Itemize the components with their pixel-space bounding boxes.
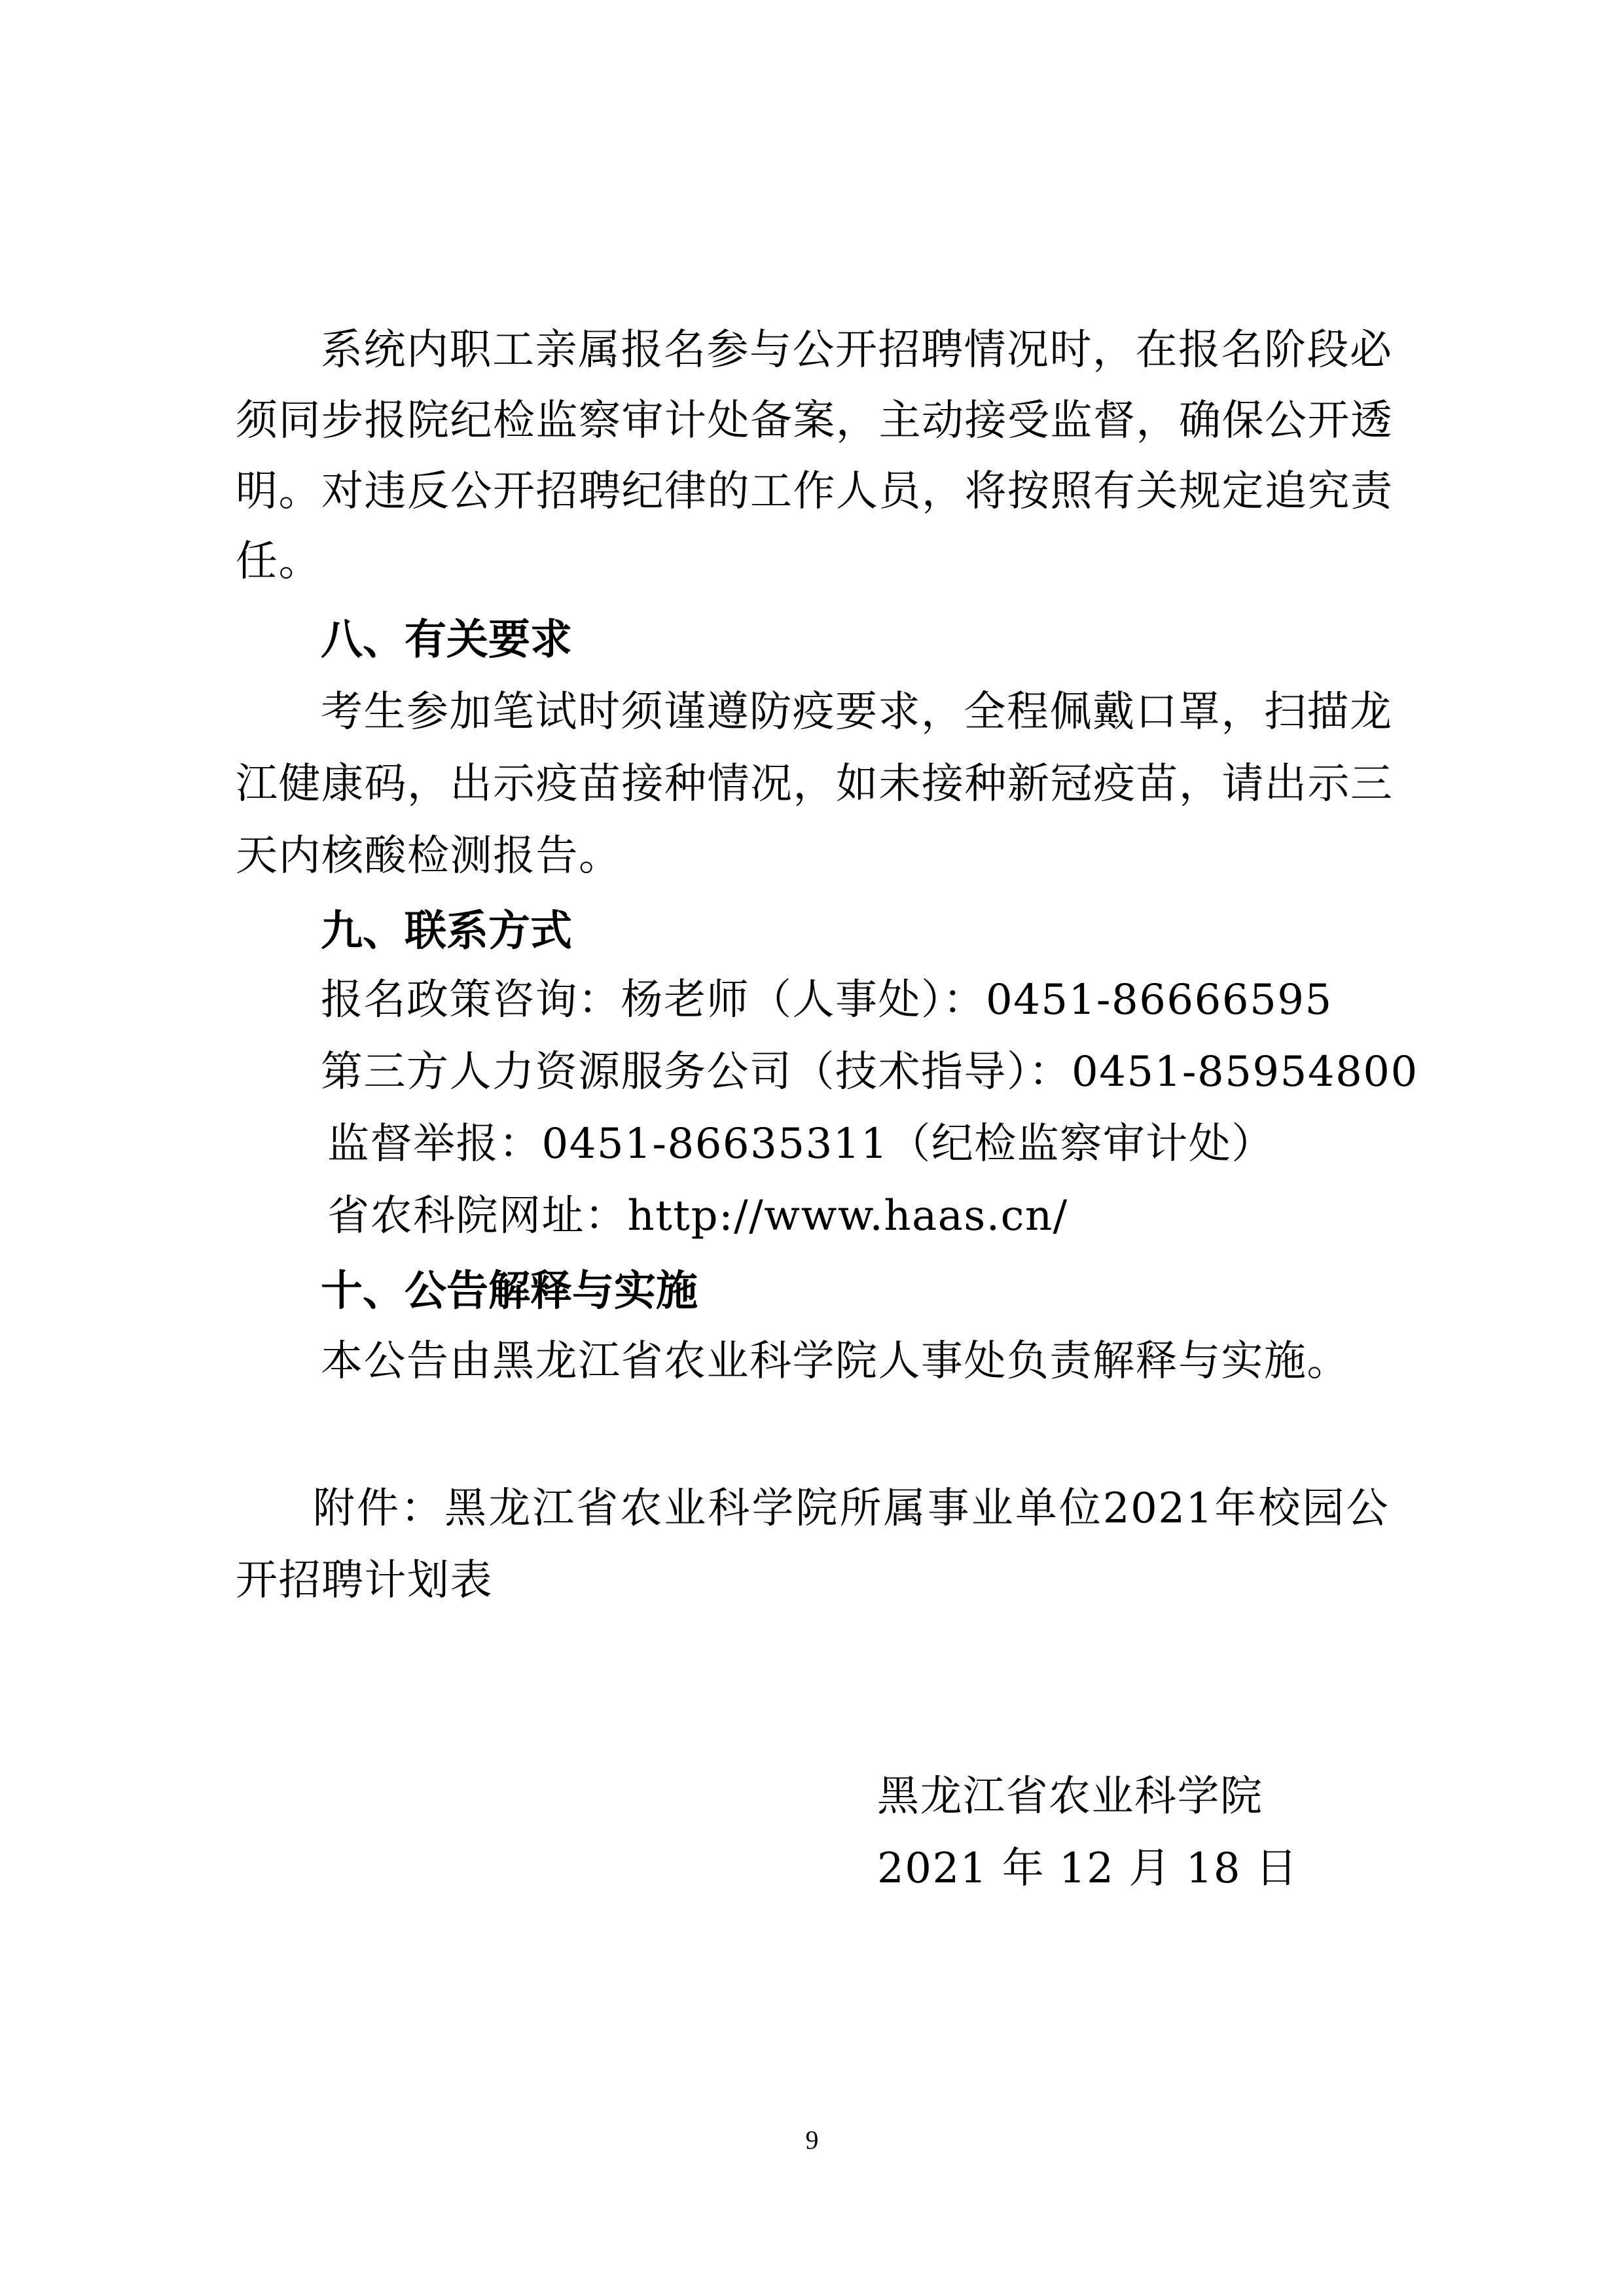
paragraph-line: 任。 — [236, 535, 321, 588]
section-heading-interpretation: 十、公告解释与实施 — [321, 1265, 698, 1318]
contact-third-party-hr: 第三方人力资源服务公司（技术指导）：0451-85954800 — [321, 1046, 1418, 1098]
paragraph-line: 本公告由黑龙江省农业科学院人事处负责解释与实施。 — [321, 1335, 1350, 1388]
attachment-line: 附件：黑龙江省农业科学院所属事业单位2021年校园公 — [313, 1482, 1389, 1535]
paragraph-line: 天内核酸检测报告。 — [236, 830, 622, 882]
paragraph-line: 考生参加笔试时须谨遵防疫要求，全程佩戴口罩，扫描龙 — [321, 686, 1389, 738]
contact-registration-policy: 报名政策咨询：杨老师（人事处）：0451-86666595 — [321, 974, 1333, 1026]
section-heading-contact: 九、联系方式 — [321, 905, 572, 958]
attachment-line: 开招聘计划表 — [236, 1554, 493, 1607]
paragraph-line: 系统内职工亲属报名参与公开招聘情况时，在报名阶段必 — [321, 324, 1389, 376]
contact-website[interactable]: 省农科院网址：http://www.haas.cn/ — [327, 1190, 1068, 1242]
paragraph-line: 江健康码，出示疫苗接种情况，如未接种新冠疫苗，请出示三 — [236, 758, 1389, 810]
paragraph-line: 明。对违反公开招聘纪律的工作人员，将按照有关规定追究责 — [236, 465, 1389, 518]
signature-organization: 黑龙江省农业科学院 — [877, 1770, 1263, 1823]
signature-date: 2021 年 12 月 18 日 — [877, 1842, 1298, 1895]
contact-supervision-report: 监督举报：0451-86635311（纪检监察审计处） — [327, 1118, 1274, 1170]
paragraph-line: 须同步报院纪检监察审计处备案，主动接受监督，确保公开透 — [236, 395, 1389, 447]
section-heading-requirements: 八、有关要求 — [321, 614, 572, 666]
page-number: 9 — [0, 2121, 1624, 2160]
